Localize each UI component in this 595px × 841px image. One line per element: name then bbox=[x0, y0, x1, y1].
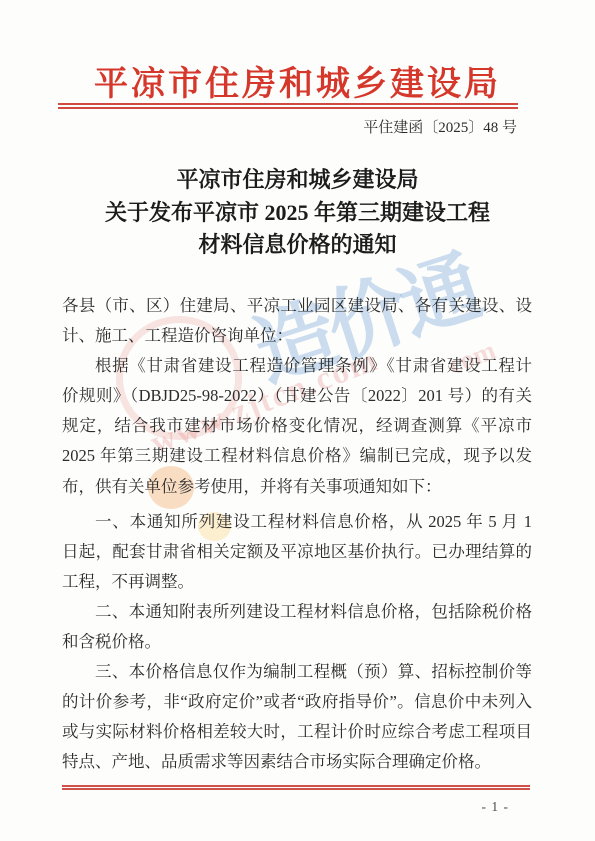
document-title-line-1: 平凉市住房和城乡建设局 bbox=[0, 164, 595, 197]
document-title-line-2: 关于发布平凉市 2025 年第三期建设工程 bbox=[0, 197, 595, 230]
paragraph-item-2: 二、本通知附表所列建设工程材料信息价格，包括除税价格和含税价格。 bbox=[62, 597, 532, 657]
document-body: 各县（市、区）住建局、平凉工业园区建设局、各有关建设、设计、施工、工程造价咨询单… bbox=[62, 291, 532, 778]
document-page: 造价通 www.zjtcn.com com 平凉市住房和城乡建设局 平住建函〔2… bbox=[0, 0, 595, 841]
document-number: 平住建函〔2025〕48 号 bbox=[363, 116, 517, 137]
paragraph-item-3: 三、本价格信息仅作为编制工程概（预）算、招标控制价等的计价参考，非“政府定价”或… bbox=[62, 657, 532, 777]
paragraph-addressee: 各县（市、区）住建局、平凉工业园区建设局、各有关建设、设计、施工、工程造价咨询单… bbox=[62, 291, 532, 351]
document-content: 平凉市住房和城乡建设局 平住建函〔2025〕48 号 平凉市住房和城乡建设局 关… bbox=[0, 0, 595, 841]
paragraph-item-1: 一、本通知所列建设工程材料信息价格，从 2025 年 5 月 1 日起，配套甘肃… bbox=[62, 507, 532, 597]
page-number: - 1 - bbox=[482, 799, 510, 815]
paragraph-intro: 根据《甘肃省建设工程造价管理条例》《甘肃省建设工程计价规则》（DBJD25-98… bbox=[62, 351, 532, 501]
footer-rule bbox=[62, 785, 530, 790]
letterhead-rule bbox=[58, 103, 518, 109]
letterhead-org-title: 平凉市住房和城乡建设局 bbox=[0, 56, 595, 105]
document-title: 平凉市住房和城乡建设局 关于发布平凉市 2025 年第三期建设工程 材料信息价格… bbox=[0, 164, 595, 262]
document-title-line-3: 材料信息价格的通知 bbox=[0, 229, 595, 262]
